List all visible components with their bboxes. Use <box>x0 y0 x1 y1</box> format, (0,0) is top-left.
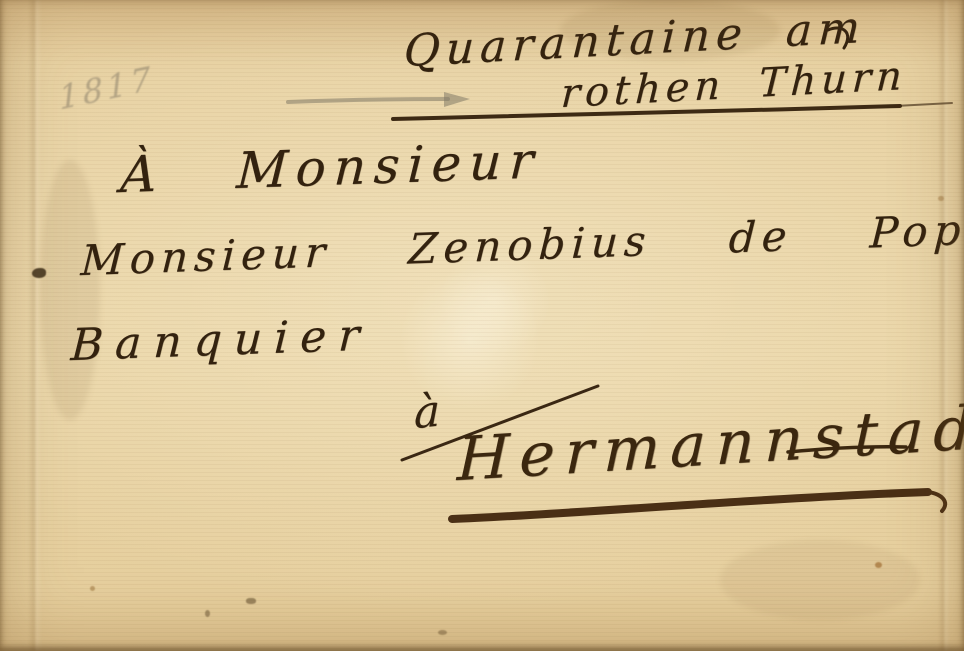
ink-blot <box>32 268 46 278</box>
pencil-year-note: 1817 <box>58 62 156 114</box>
letter-cover: 1817 Quarantaine am rothen Thurn À Monsi… <box>0 0 964 651</box>
ink-speck <box>246 598 256 604</box>
ink-speck <box>438 630 447 635</box>
address-destination: Hermannstadt <box>456 396 964 490</box>
ink-speck <box>205 610 210 617</box>
address-name: Monsieur Zenobius de Popp <box>80 208 964 282</box>
fold-crease-right <box>938 0 950 651</box>
address-preposition: à <box>414 389 440 436</box>
foxing-spot <box>875 562 882 568</box>
address-salutation: À Monsieur <box>119 135 542 200</box>
address-profession: Banquier <box>70 314 373 369</box>
paper-stain <box>40 160 100 420</box>
foxing-spot <box>938 196 944 201</box>
fold-crease-left <box>28 0 42 651</box>
paper-stain <box>720 540 920 620</box>
foxing-spot <box>90 586 95 591</box>
